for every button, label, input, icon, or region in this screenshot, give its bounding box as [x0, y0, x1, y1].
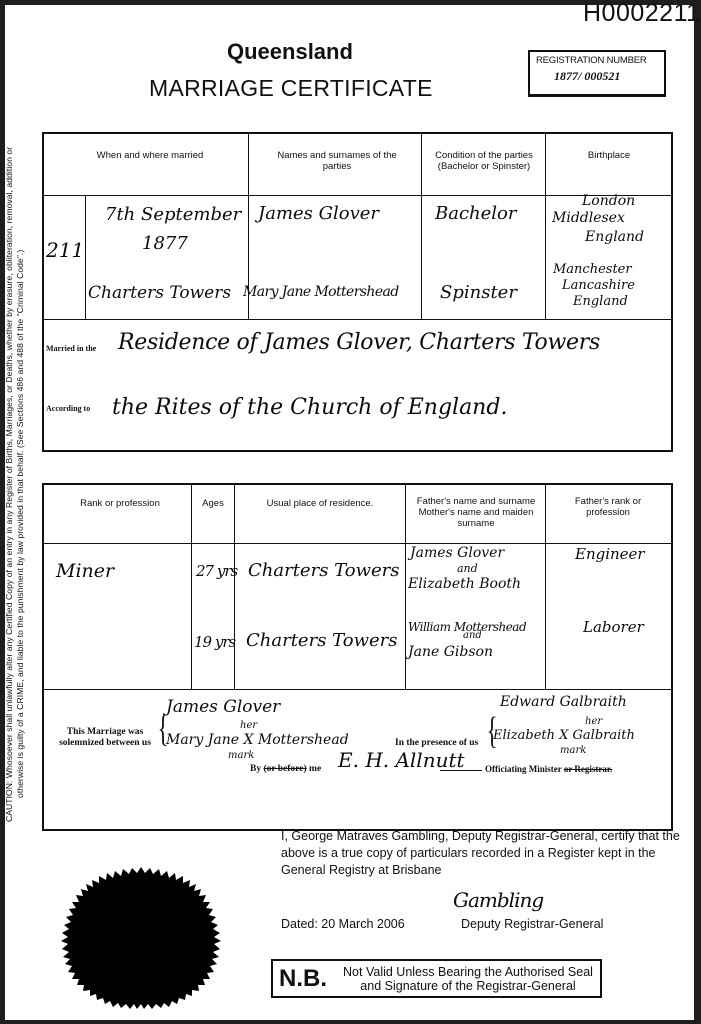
bride-mother: Jane Gibson	[408, 644, 493, 660]
bride-birthplace-county: Lancashire	[562, 278, 635, 293]
according-to-value: the Rites of the Church of England.	[112, 395, 507, 420]
header-birthplace: Birthplace	[553, 150, 665, 161]
bride-her: her	[240, 720, 257, 731]
column-divider	[545, 483, 546, 690]
entry-number: 211	[46, 238, 84, 262]
groom-father: James Glover	[410, 545, 504, 561]
bride-age: 19 yrs	[194, 633, 235, 651]
by-me-label: By (or before) me	[250, 764, 321, 774]
header-condition: Condition of the parties (Bachelor or Sp…	[430, 150, 538, 172]
nb-notice-box: N.B. Not Valid Unless Bearing the Author…	[271, 959, 602, 998]
nb-line-2: and Signature of the Registrar-General	[337, 979, 599, 993]
registration-number-box: REGISTRATION NUMBER 1877/ 000521	[528, 50, 666, 97]
header-residence: Usual place of residence.	[240, 498, 400, 509]
groom-birthplace-county: Middlesex	[552, 210, 625, 226]
state-title: Queensland	[227, 39, 353, 65]
nb-line-1: Not Valid Unless Bearing the Authorised …	[337, 965, 599, 979]
bride-birthplace-country: England	[573, 294, 628, 309]
groom-parents-and: and	[457, 562, 478, 575]
signature-line	[440, 770, 482, 771]
header-divider	[42, 543, 673, 544]
according-to-label: According to	[46, 404, 90, 413]
column-divider	[405, 483, 406, 690]
groom-signature: James Glover	[166, 697, 280, 717]
row-divider	[42, 319, 673, 320]
official-seal-icon	[55, 867, 227, 1009]
married-in-label: Married in the	[46, 344, 96, 353]
registration-number-value: 1877/ 000521	[554, 69, 620, 84]
me-label: me	[309, 764, 321, 774]
by-struck-text: (or before)	[263, 764, 306, 774]
solemnized-label: This Marriage was solemnized between us	[58, 727, 152, 749]
nb-label: N.B.	[279, 965, 327, 993]
witness-2-signature: Elizabeth X Galbraith	[493, 728, 635, 743]
witness-2-mark: mark	[560, 745, 586, 756]
officiating-minister-label: Officiating Minister	[485, 764, 562, 774]
groom-name: James Glover	[258, 203, 379, 224]
groom-mother: Elizabeth Booth	[408, 576, 521, 592]
bride-birthplace-city: Manchester	[553, 262, 632, 277]
bride-name: Mary Jane Mottershead	[243, 284, 399, 300]
certification-text: I, George Matraves Gambling, Deputy Regi…	[281, 828, 681, 879]
parties-details-table	[42, 483, 673, 831]
column-divider	[234, 483, 235, 690]
caution-line-2: otherwise is guilty of a CRIME, and liab…	[15, 122, 26, 822]
by-label: By	[250, 764, 261, 774]
certificate-title: MARRIAGE CERTIFICATE	[149, 75, 433, 102]
solemnized-label-line-1: This Marriage was	[58, 727, 152, 738]
groom-condition: Bachelor	[435, 203, 516, 224]
groom-father-rank: Engineer	[575, 545, 645, 563]
column-divider	[421, 132, 422, 320]
marriage-place: Charters Towers	[88, 283, 231, 303]
nb-text: Not Valid Unless Bearing the Authorised …	[337, 965, 599, 993]
caution-line-1: CAUTION: Whosoever shall unlawfully alte…	[4, 122, 15, 822]
bride-condition: Spinster	[440, 282, 517, 303]
dated-text: Dated: 20 March 2006	[281, 917, 405, 931]
header-rank: Rank or profession	[60, 498, 180, 509]
header-father-rank: Father's rank or profession	[552, 496, 664, 518]
groom-birthplace-city: London	[582, 193, 635, 209]
presence-label: In the presence of us	[395, 738, 478, 748]
marriage-year: 1877	[142, 233, 188, 254]
bride-signature: Mary Jane X Mottershead	[166, 732, 349, 748]
witness-2-her: her	[585, 716, 602, 727]
solemnized-label-line-2: solemnized between us	[58, 738, 152, 749]
header-when-where: When and where married	[60, 150, 240, 161]
column-divider	[191, 483, 192, 690]
bride-father-rank: Laborer	[583, 618, 644, 636]
header-parents: Father's name and surname Mother's name …	[408, 496, 544, 529]
column-divider	[85, 195, 86, 320]
bride-residence: Charters Towers	[246, 630, 398, 651]
minister-signature: E. H. Allnutt	[338, 748, 465, 772]
column-divider	[545, 132, 546, 320]
bride-mark: mark	[228, 750, 254, 761]
bride-parents-and: and	[463, 630, 482, 641]
officiating-label: Officiating Minister or Registrar.	[485, 764, 612, 774]
officiating-struck-text: or Registrar.	[564, 764, 613, 774]
registration-number-label: REGISTRATION NUMBER	[536, 55, 647, 66]
header-names: Names and surnames of the parties	[262, 150, 412, 172]
witness-1-signature: Edward Galbraith	[500, 694, 627, 710]
marriage-date: 7th September	[105, 204, 241, 225]
header-ages: Ages	[194, 498, 232, 509]
groom-birthplace-country: England	[585, 229, 644, 245]
document-number: H0002211	[583, 0, 701, 28]
groom-residence: Charters Towers	[248, 560, 400, 581]
married-in-value: Residence of James Glover, Charters Towe…	[118, 330, 600, 355]
registrar-signature: Gambling	[453, 888, 543, 912]
row-divider	[42, 689, 673, 690]
groom-age: 27 yrs	[196, 562, 237, 580]
header-divider	[42, 195, 673, 196]
signer-title: Deputy Registrar-General	[461, 917, 603, 931]
groom-rank: Miner	[56, 560, 114, 582]
caution-notice: CAUTION: Whosoever shall unlawfully alte…	[4, 122, 26, 822]
